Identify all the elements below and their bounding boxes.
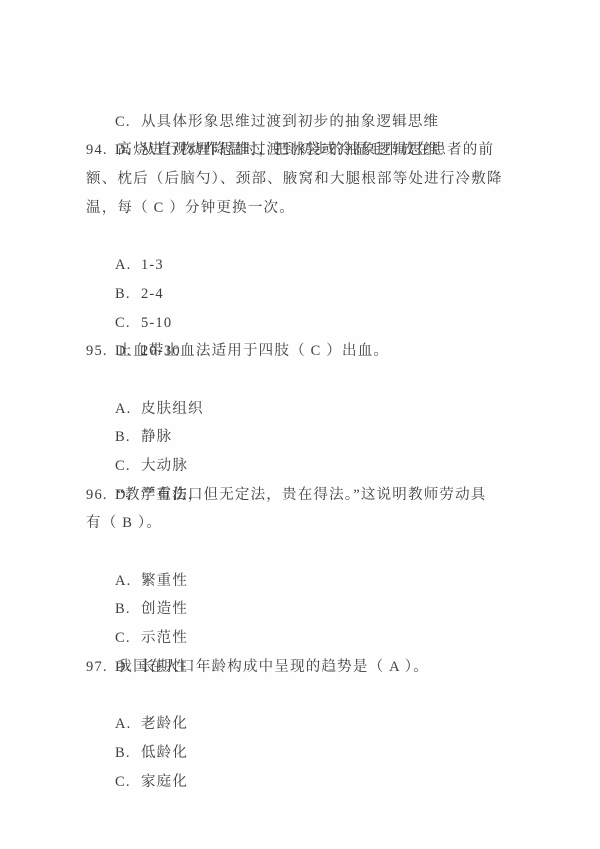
question-96: 96. “教学有法，但无定法，贵在得法。”这说明教师劳动具 有（ B ）。 A.…	[86, 481, 546, 653]
question-stem-line: 97. 我国在人口年龄构成中呈现的趋势是（ A ）。	[86, 653, 546, 682]
option-text: 低龄化	[141, 745, 188, 761]
option-text: 家庭化	[141, 774, 188, 790]
option-text: 老龄化	[141, 716, 188, 732]
option-label: B.	[115, 280, 141, 309]
option-text: 静脉	[141, 429, 172, 445]
option-label: B.	[115, 739, 141, 768]
option-text: 从具体形象思维过渡到初步的抽象逻辑思维	[141, 114, 439, 130]
question-stem-line: 有（ B ）。	[86, 509, 546, 538]
option-row: A.皮肤组织	[86, 366, 546, 395]
question-stem-line: 94. 高烧进行物理降温时，把冰袋或冷湿毛巾放在患者的前	[86, 136, 546, 165]
option-text: 5-10	[141, 315, 172, 331]
document-page: { "page": { "background": "#fefefe", "te…	[0, 0, 600, 849]
option-label: C.	[115, 309, 141, 338]
option-label: A.	[115, 710, 141, 739]
option-label: C.	[115, 768, 141, 797]
option-label: A.	[115, 395, 141, 424]
question-stem-line: 96. “教学有法，但无定法，贵在得法。”这说明教师劳动具	[86, 481, 546, 510]
question-94: 94. 高烧进行物理降温时，把冰袋或冷湿毛巾放在患者的前 额、枕后（后脑勺）、颈…	[86, 136, 546, 337]
option-label: B.	[115, 423, 141, 452]
option-label: A.	[115, 251, 141, 280]
option-text: 创造性	[141, 601, 188, 617]
option-label: C.	[115, 624, 141, 653]
option-row: A.繁重性	[86, 538, 546, 567]
option-label: C.	[115, 452, 141, 481]
option-text: 1-3	[141, 257, 164, 273]
exam-text-block: C.从具体形象思维过渡到初步的抽象逻辑思维 D.从直观动作思维过渡到初步的抽象逻…	[86, 79, 546, 768]
option-text: 繁重性	[141, 573, 188, 589]
orphan-options: C.从具体形象思维过渡到初步的抽象逻辑思维 D.从直观动作思维过渡到初步的抽象逻…	[86, 79, 546, 136]
question-95: 95. 止血带止血法适用于四肢（ C ）出血。 A.皮肤组织 B.静脉 C.大动…	[86, 337, 546, 480]
question-97: 97. 我国在人口年龄构成中呈现的趋势是（ A ）。 A.老龄化 B.低龄化 C…	[86, 653, 546, 768]
question-stem-line: 温，每（ C ）分钟更换一次。	[86, 194, 546, 223]
option-row: A.老龄化	[86, 681, 546, 710]
option-row: A.1-3	[86, 222, 546, 251]
option-label: C.	[115, 108, 141, 137]
option-text: 示范性	[141, 630, 188, 646]
option-label: B.	[115, 595, 141, 624]
option-label: A.	[115, 567, 141, 596]
option-row: C.从具体形象思维过渡到初步的抽象逻辑思维	[86, 79, 546, 108]
option-text: 大动脉	[141, 458, 188, 474]
option-text: 2-4	[141, 286, 164, 302]
option-text: 皮肤组织	[141, 401, 204, 417]
question-stem-line: 95. 止血带止血法适用于四肢（ C ）出血。	[86, 337, 546, 366]
question-stem-line: 额、枕后（后脑勺）、颈部、腋窝和大腿根部等处进行冷敷降	[86, 165, 546, 194]
